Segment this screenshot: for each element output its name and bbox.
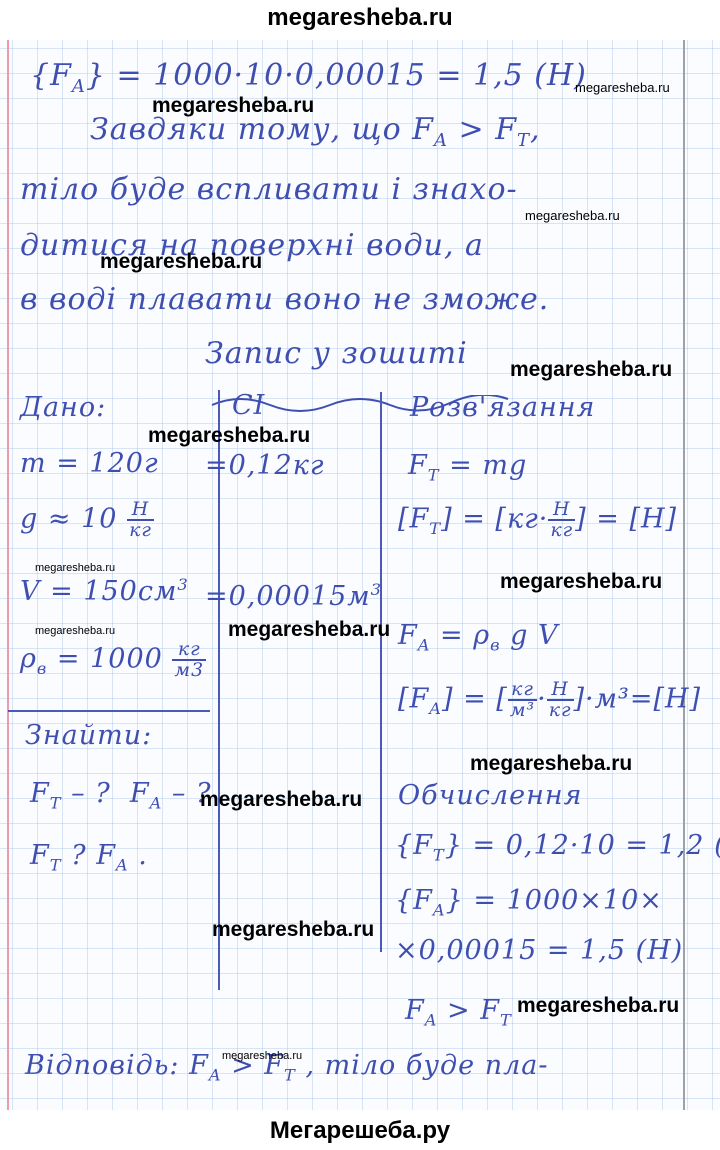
watermark: megaresheba.ru xyxy=(35,625,115,637)
calc-heading: Обчислення xyxy=(398,780,583,811)
top-calculation: {FA} = 1000·10·0,00015 = 1,5 (Н) xyxy=(30,58,587,97)
calc-archimedes-2: ×0,00015 = 1,5 (Н) xyxy=(395,935,683,966)
site-footer: Мегарешеба.ру xyxy=(0,1112,720,1150)
paragraph-line-2: тіло буде вспливати і знахо- xyxy=(20,172,518,207)
given-mass: m = 120г xyxy=(20,448,159,479)
find-line-1: FT – ? FA – ? xyxy=(30,778,211,812)
watermark: megaresheba.ru xyxy=(517,994,679,1018)
si-heading: СІ xyxy=(232,390,265,421)
given-volume: V = 150см3 xyxy=(20,575,189,607)
find-line-2: FT ? FA . xyxy=(30,840,148,874)
margin-line xyxy=(7,40,9,1110)
watermark: megaresheba.ru xyxy=(510,358,672,382)
given-heading: Дано: xyxy=(20,392,106,423)
si-volume: =0,00015м3 xyxy=(205,580,382,612)
watermark: megaresheba.ru xyxy=(222,1050,302,1062)
solution-heading: Розв'язання xyxy=(410,392,595,423)
given-find-divider xyxy=(8,710,210,712)
paragraph-line-4: в воді плавати воно не зможе. xyxy=(20,282,549,317)
given-density: ρв = 1000 кгм3 xyxy=(20,640,206,680)
watermark: megaresheba.ru xyxy=(500,570,662,594)
page-edge xyxy=(683,40,685,1110)
site-header: megaresheba.ru xyxy=(0,0,720,40)
watermark: megaresheba.ru xyxy=(212,918,374,942)
watermark: megaresheba.ru xyxy=(228,618,390,642)
si-solution-divider xyxy=(380,392,382,952)
watermark: megaresheba.ru xyxy=(148,424,310,448)
section-title: Запис у зошиті xyxy=(205,336,468,371)
si-mass: =0,12кг xyxy=(205,450,325,481)
watermark: megaresheba.ru xyxy=(152,94,314,118)
watermark: megaresheba.ru xyxy=(200,788,362,812)
notebook-page: {FA} = 1000·10·0,00015 = 1,5 (Н) Завдяки… xyxy=(0,40,720,1110)
given-g: g ≈ 10 Нкг xyxy=(20,500,154,540)
units-gravity: [FT] = [кг·Нкг] = [Н] xyxy=(398,500,677,540)
watermark: megaresheba.ru xyxy=(35,562,115,574)
find-heading: Знайти: xyxy=(25,720,152,751)
calc-archimedes-1: {FA} = 1000×10× xyxy=(395,885,663,919)
formula-archimedes: FA = ρв g V xyxy=(398,620,558,654)
units-archimedes: [FA] = [кгм³·Нкг]·м³=[Н] xyxy=(398,680,701,720)
watermark: megaresheba.ru xyxy=(470,752,632,776)
comparison: FA > FT xyxy=(405,995,512,1029)
watermark: megaresheba.ru xyxy=(100,250,262,274)
formula-gravity: FT = mg xyxy=(408,450,527,484)
calc-gravity: {FT} = 0,12·10 = 1,2 (Н) xyxy=(395,830,720,864)
watermark: megaresheba.ru xyxy=(575,80,670,95)
watermark: megaresheba.ru xyxy=(525,208,620,223)
